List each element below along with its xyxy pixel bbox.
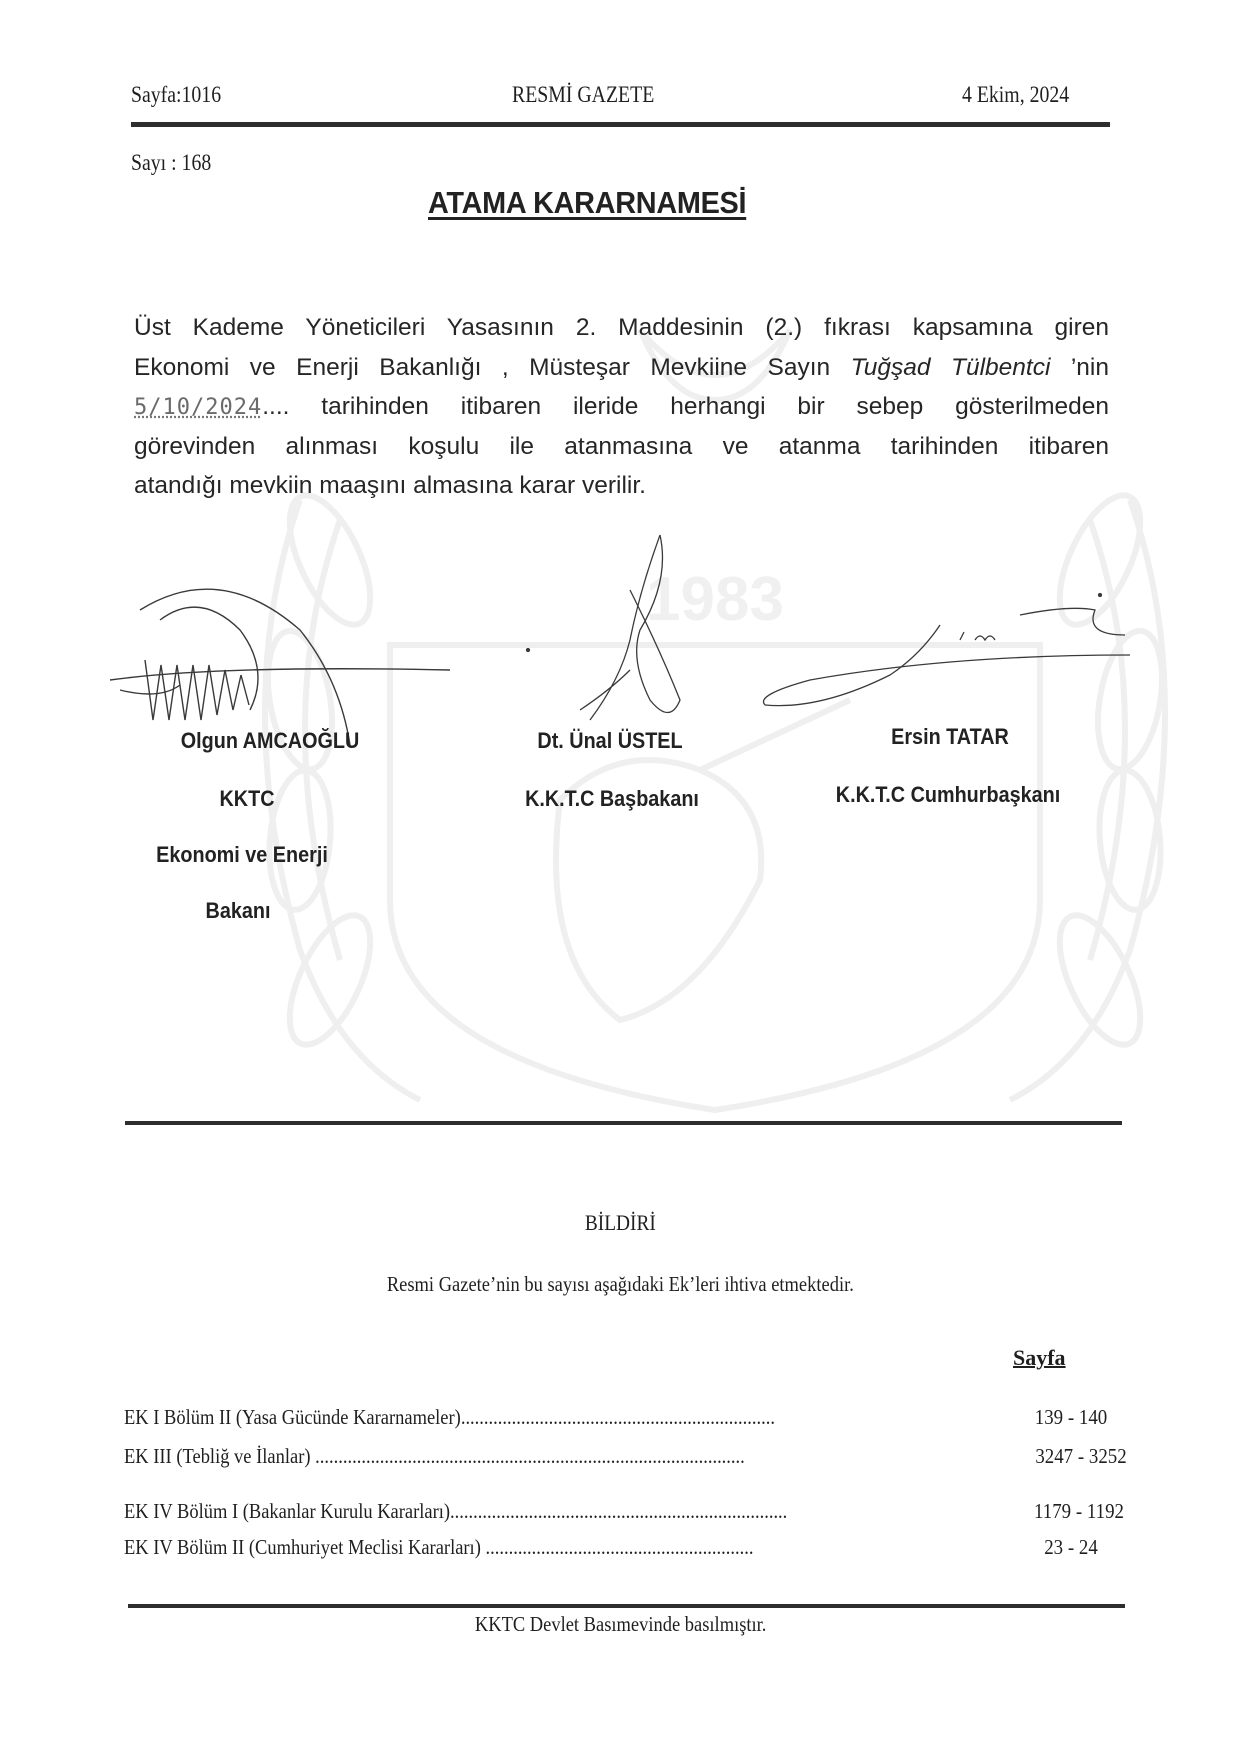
publication-date: 4 Ekim, 2024 xyxy=(962,82,1069,108)
decree-body: Üst Kademe Yöneticileri Yasasının 2. Mad… xyxy=(134,308,1109,506)
annex-label: EK IV Bölüm II (Cumhuriyet Meclisi Karar… xyxy=(124,1535,753,1560)
annex-pages: 1179 - 1192 xyxy=(1034,1499,1124,1524)
page-number: Sayfa:1016 xyxy=(131,82,221,108)
decree-line: görevinden alınması koşulu ile atanmasın… xyxy=(134,427,1109,467)
annex-pages: 139 - 140 xyxy=(1035,1405,1107,1430)
notice-title: BİLDİRİ xyxy=(0,1210,1241,1236)
annex-label: EK IV Bölüm I (Bakanlar Kurulu Kararları… xyxy=(124,1499,787,1524)
signatory-name: Dt. Ünal ÜSTEL xyxy=(537,728,682,754)
signatory-title: K.K.T.C Cumhurbaşkanı xyxy=(836,782,1060,808)
annex-label: EK I Bölüm II (Yasa Gücünde Kararnameler… xyxy=(124,1405,775,1430)
header-divider xyxy=(131,122,1110,127)
signatory-title: Ekonomi ve Enerji xyxy=(156,842,328,868)
notice-text: Resmi Gazete’nin bu sayısı aşağıdaki Ek’… xyxy=(0,1272,1241,1297)
signatory-title: Bakanı xyxy=(206,898,271,924)
section-divider xyxy=(125,1121,1122,1125)
appointee-name: Tuğşad Tülbentci xyxy=(851,354,1051,381)
annex-entry: EK I Bölüm II (Yasa Gücünde Kararnameler… xyxy=(124,1405,1134,1433)
decree-line: Ekonomi ve Enerji Bakanlığı , Müsteşar M… xyxy=(134,348,1109,388)
footer-divider xyxy=(128,1604,1125,1608)
state-emblem-watermark: 1983 xyxy=(0,0,1241,1754)
signature-tatar xyxy=(750,585,1150,715)
decree-title: ATAMA KARARNAMESİ xyxy=(428,185,746,221)
annex-entry: EK IV Bölüm II (Cumhuriyet Meclisi Karar… xyxy=(124,1535,1134,1563)
decree-line: atandığı mevkiin maaşını almasına karar … xyxy=(134,466,1109,506)
signatory-title: KKTC xyxy=(220,786,275,812)
signatory-title: K.K.T.C Başbakanı xyxy=(525,786,699,812)
signatory-name: Ersin TATAR xyxy=(891,724,1009,750)
annex-entry: EK III (Tebliğ ve İlanlar) .............… xyxy=(124,1444,1134,1472)
decree-line: Üst Kademe Yöneticileri Yasasının 2. Mad… xyxy=(134,308,1109,348)
handwritten-date: 5/10/2024 xyxy=(134,395,262,420)
decree-line: 5/10/2024.... tarihinden itibaren ilerid… xyxy=(134,387,1109,427)
annex-pages: 3247 - 3252 xyxy=(1035,1444,1126,1469)
annex-entry: EK IV Bölüm I (Bakanlar Kurulu Kararları… xyxy=(124,1499,1134,1527)
signature-ustel xyxy=(520,530,720,730)
publication-title: RESMİ GAZETE xyxy=(512,82,654,108)
annex-pages: 23 - 24 xyxy=(1044,1535,1098,1560)
signature-amcaoglu xyxy=(100,570,460,750)
printer-note: KKTC Devlet Basımevinde basılmıştır. xyxy=(0,1612,1241,1637)
annex-label: EK III (Tebliğ ve İlanlar) .............… xyxy=(124,1444,745,1469)
issue-number: Sayı : 168 xyxy=(131,150,211,176)
signatory-name: Olgun AMCAOĞLU xyxy=(181,728,360,754)
page-column-header: Sayfa xyxy=(1013,1345,1066,1371)
